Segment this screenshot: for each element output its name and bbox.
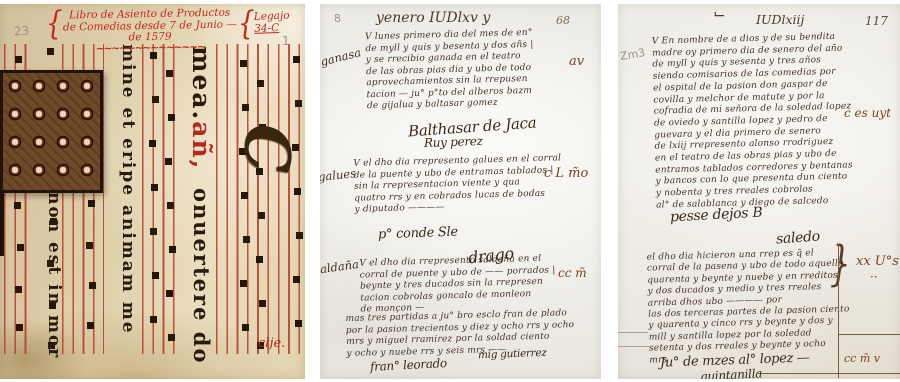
margin-amount: av	[569, 54, 584, 69]
ruled-line	[618, 346, 652, 347]
ruled-line	[838, 244, 839, 378]
illuminated-initial: C	[231, 124, 304, 173]
staff-lines-band	[216, 44, 304, 354]
page-header: IUDlxiij	[756, 12, 804, 27]
chant-text-column: onuertere do	[189, 188, 214, 364]
ruled-line	[618, 332, 648, 333]
ledger-entry: V el dho dia rrepresento galues en el co…	[353, 153, 562, 216]
legajo-label: Legajo 34-C	[254, 9, 305, 35]
amount-brace: }	[830, 235, 850, 292]
chant-word-red: añ,	[187, 121, 216, 170]
margin-amount: cc m̃	[558, 266, 587, 280]
archive-label: Libro de Asiento de Productos de Comedia…	[60, 7, 241, 53]
binding-mark	[0, 190, 4, 256]
manuscript-collage: mea.añ, C onuertere do mine et eripe ani…	[0, 0, 900, 382]
legajo-number: 34-C	[254, 21, 304, 35]
ledger-folio-68-photo: yenero IUDlxv y 68 8 V lunes primero dia…	[320, 4, 601, 379]
folio-number: 117	[865, 14, 888, 28]
ledger-entry: V el dho dia rrepresento saldaña en elco…	[359, 253, 556, 316]
signature: quintanilla	[700, 366, 763, 379]
margin-amount: c L m̃o	[544, 166, 588, 181]
square-neumes	[0, 4, 7, 11]
folio-number: 68	[556, 14, 570, 27]
margin-note: saldaña	[320, 257, 360, 277]
ledger-entry: V En nombre de a dios y de su benditamad…	[652, 31, 854, 212]
red-folio-mark: clje.	[258, 336, 285, 351]
label-brace-right: {	[238, 5, 255, 43]
margin-note: galues	[320, 166, 357, 184]
margin-note: ganasa	[320, 45, 362, 69]
ruled-line	[758, 373, 900, 374]
amount-dots: ··	[870, 270, 878, 284]
signature: fran° leorado	[370, 356, 448, 374]
chant-text-column: mine et eripe animam me	[118, 44, 138, 335]
margin-amount: xx U°s	[856, 254, 899, 269]
pencil-foliation: 23	[14, 23, 30, 38]
page-header: yenero IUDlxv y	[376, 10, 490, 26]
ledger-entry: V lunes primero dia del mes de en°de myl…	[365, 28, 535, 113]
staff-lines-band	[142, 44, 182, 354]
chant-text-column: non est in mor	[44, 192, 64, 359]
pencil-note: Zm3	[619, 46, 646, 63]
signature: Ruy perez	[424, 134, 483, 150]
chant-word: mea.	[187, 46, 216, 121]
antiphonal-cover-photo: mea.añ, C onuertere do mine et eripe ani…	[0, 4, 305, 379]
ruled-line	[838, 334, 900, 335]
leather-patch	[0, 70, 103, 193]
header-mark: ¬	[713, 6, 726, 24]
margin-amount: c es uyt	[844, 106, 891, 120]
chant-text-column: mea.añ,	[187, 46, 216, 170]
signature: mig gutierrez	[478, 347, 547, 361]
margin-amount: cc m̃ v	[844, 352, 880, 365]
ledger-entry: el dho dia hicieron una rrep es q̃ elcor…	[647, 247, 851, 366]
pencil-foliation: 1	[282, 34, 290, 48]
signature: saledo	[775, 228, 820, 247]
pencil-note: 8	[334, 12, 341, 25]
rubric-signature: p° conde Sle	[378, 225, 458, 243]
signature: pesse dejos B	[670, 205, 763, 226]
ledger-folio-117-photo: ¬ IUDlxiij 117 Zm3 V En nombre de a dios…	[618, 4, 900, 379]
